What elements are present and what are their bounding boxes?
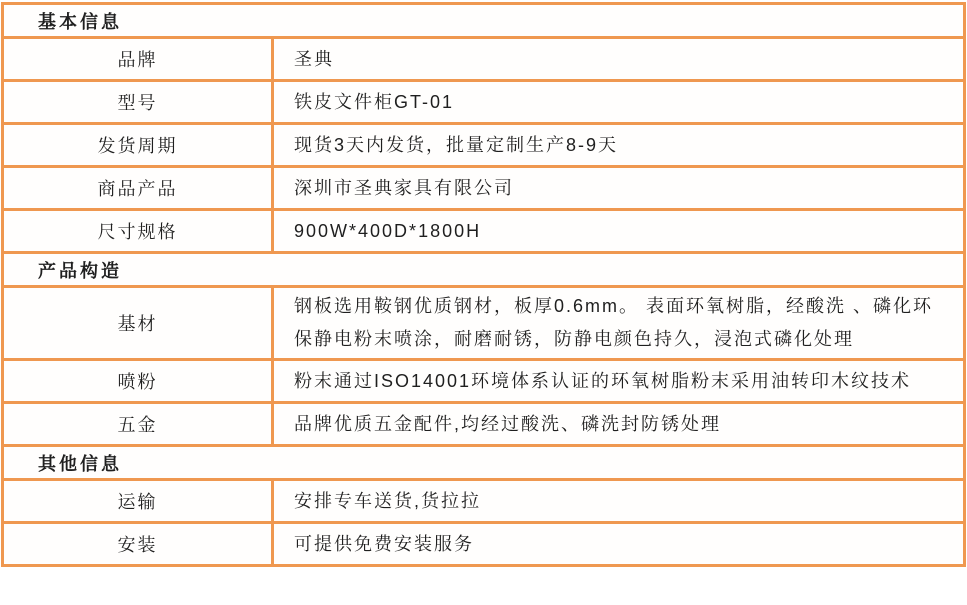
row-value-delivery-cycle: 现货3天内发货，批量定制生产8-9天	[273, 124, 965, 167]
page: 基本信息 品牌 圣典 型号 铁皮文件柜GT-01 发货周期 现货3天内发货，批量…	[0, 0, 967, 605]
table-row: 喷粉 粉末通过ISO14001环境体系认证的环氧树脂粉末采用油转印木纹技术	[3, 360, 965, 403]
table-row: 五金 品牌优质五金配件,均经过酸洗、磷洗封防锈处理	[3, 403, 965, 446]
row-value-base-material: 钢板选用鞍钢优质钢材，板厚0.6mm。 表面环氧树脂，经酸洗 、磷化环保静电粉末…	[273, 287, 965, 360]
table-row: 基本信息	[3, 4, 965, 38]
row-label-installation: 安装	[3, 523, 273, 566]
row-label-base-material: 基材	[3, 287, 273, 360]
table-row: 型号 铁皮文件柜GT-01	[3, 81, 965, 124]
row-value-dimensions: 900W*400D*1800H	[273, 210, 965, 253]
table-row: 安装 可提供免费安装服务	[3, 523, 965, 566]
table-row: 尺寸规格 900W*400D*1800H	[3, 210, 965, 253]
row-value-company: 深圳市圣典家具有限公司	[273, 167, 965, 210]
row-value-hardware: 品牌优质五金配件,均经过酸洗、磷洗封防锈处理	[273, 403, 965, 446]
row-value-shipping: 安排专车送货,货拉拉	[273, 480, 965, 523]
table-row: 基材 钢板选用鞍钢优质钢材，板厚0.6mm。 表面环氧树脂，经酸洗 、磷化环保静…	[3, 287, 965, 360]
table-row: 其他信息	[3, 446, 965, 480]
table-row: 商品产品 深圳市圣典家具有限公司	[3, 167, 965, 210]
table-row: 发货周期 现货3天内发货，批量定制生产8-9天	[3, 124, 965, 167]
row-value-model: 铁皮文件柜GT-01	[273, 81, 965, 124]
table-row: 运输 安排专车送货,货拉拉	[3, 480, 965, 523]
row-label-powder-coating: 喷粉	[3, 360, 273, 403]
section-header-product-structure: 产品构造	[3, 253, 965, 287]
row-label-hardware: 五金	[3, 403, 273, 446]
row-value-brand: 圣典	[273, 38, 965, 81]
table-row: 产品构造	[3, 253, 965, 287]
section-header-basic-info: 基本信息	[3, 4, 965, 38]
section-header-other-info: 其他信息	[3, 446, 965, 480]
row-label-dimensions: 尺寸规格	[3, 210, 273, 253]
row-label-model: 型号	[3, 81, 273, 124]
product-spec-table: 基本信息 品牌 圣典 型号 铁皮文件柜GT-01 发货周期 现货3天内发货，批量…	[1, 2, 966, 567]
row-value-powder-coating: 粉末通过ISO14001环境体系认证的环氧树脂粉末采用油转印木纹技术	[273, 360, 965, 403]
row-label-delivery-cycle: 发货周期	[3, 124, 273, 167]
table-row: 品牌 圣典	[3, 38, 965, 81]
row-label-shipping: 运输	[3, 480, 273, 523]
row-value-installation: 可提供免费安装服务	[273, 523, 965, 566]
row-label-brand: 品牌	[3, 38, 273, 81]
row-label-company: 商品产品	[3, 167, 273, 210]
